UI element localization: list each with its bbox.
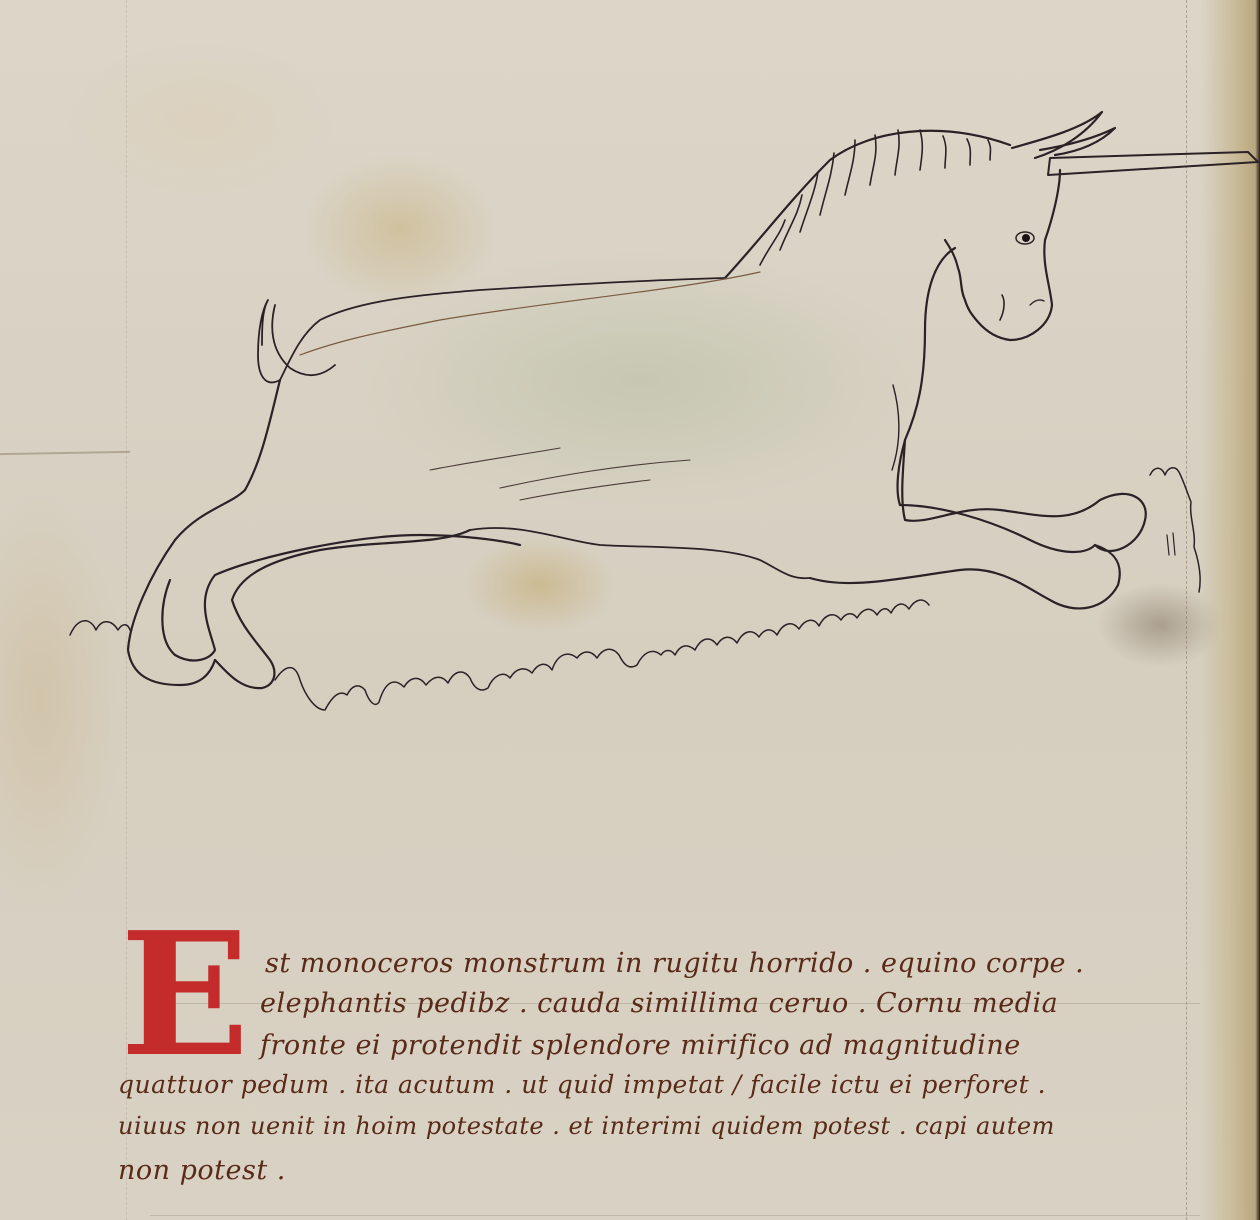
unicorn-tail-icon [258, 300, 335, 382]
unicorn-eye-icon [1022, 234, 1030, 242]
text-line-5: uiuus non uenit in hoim potestate . et i… [118, 1112, 1055, 1140]
text-line-2: elephantis pedibz . cauda simillima ceru… [260, 988, 1058, 1019]
unicorn-illustration [0, 0, 1260, 880]
text-line-4: quattuor pedum . ita acutum . ut quid im… [118, 1070, 1046, 1099]
latin-text-block: E st monoceros monstrum in rugitu horrid… [110, 900, 1220, 1200]
text-line-3: fronte ei protendit splendore mirifico a… [260, 1030, 1021, 1061]
manuscript-page: E st monoceros monstrum in rugitu horrid… [0, 0, 1260, 1220]
unicorn-mane-icon [725, 131, 1010, 278]
ground-tufts [70, 600, 929, 710]
text-line-1: st monoceros monstrum in rugitu horrido … [265, 948, 1084, 979]
unicorn-horn-icon [1048, 152, 1258, 175]
text-line-6: non potest . [118, 1155, 286, 1186]
rubricated-initial: E [120, 910, 250, 1080]
text-ruling [150, 1215, 1200, 1216]
